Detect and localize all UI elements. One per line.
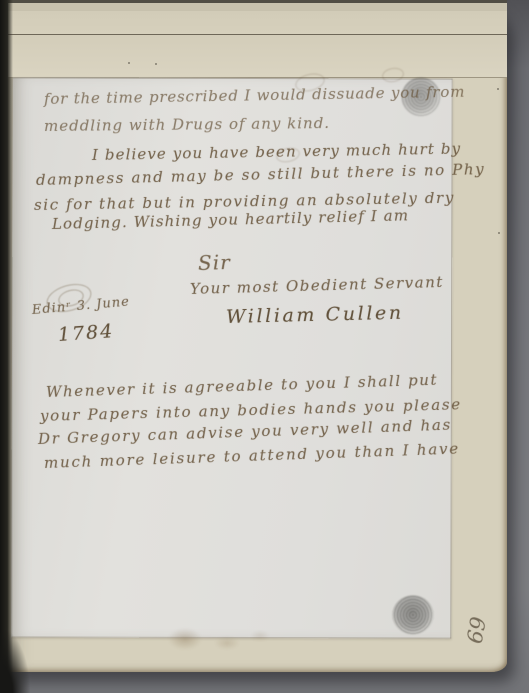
ink-stain — [250, 630, 270, 642]
ink-stain — [168, 628, 202, 650]
manuscript-photo: for the time prescribed I would dissuade… — [0, 0, 529, 693]
page-edge-band-3 — [8, 35, 507, 78]
circular-ink-stamp-bottom — [392, 595, 434, 635]
paper-speck — [155, 63, 157, 65]
binding-gutter-shadow — [0, 0, 13, 693]
paper-speck — [128, 62, 130, 64]
bottom-left-shadow — [0, 629, 30, 693]
ink-stain — [214, 636, 240, 650]
folio-number: 69 — [461, 615, 489, 645]
closing-salutation: Sir — [198, 250, 231, 275]
signature: William Cullen — [226, 302, 404, 328]
letter-line-2: meddling with Drugs of any kind. — [44, 114, 330, 135]
dateline-year: 1784 — [57, 320, 115, 346]
paper-speck — [498, 232, 500, 234]
page-edge-band-2 — [8, 11, 507, 35]
paper-speck — [497, 88, 499, 90]
